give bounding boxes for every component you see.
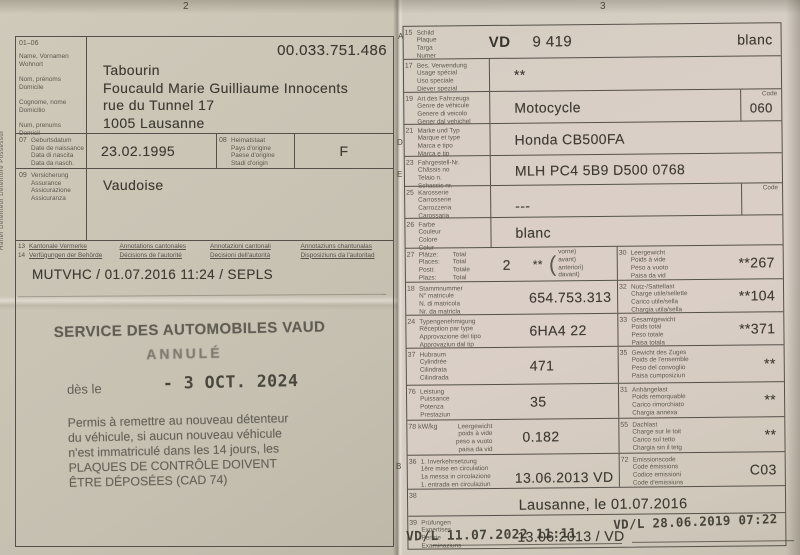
insurance-row: 09 Versicherung Assurance Assicurazione … xyxy=(16,168,393,240)
body-type-value: --- xyxy=(515,198,530,214)
circulation-emission-row: 36 1. Inverkehrsetzung 1ère mise en circ… xyxy=(408,451,785,489)
power-value: 35 xyxy=(530,393,547,409)
body-type-code-label: Code xyxy=(763,184,778,191)
issue-value-cell: Lausanne, le 01.07.2016 xyxy=(421,486,785,515)
issue-row: 38 Lausanne, le 01.07.2016 xyxy=(408,485,785,516)
plate-number: 9 419 xyxy=(532,33,572,50)
stammnummer-field-number: 18 xyxy=(406,283,419,315)
approval-totalweight-row: 24 Typengenehmigung Réception par type A… xyxy=(406,311,783,348)
holder-vertical-label: Halter Détenteur Detentore Possessur xyxy=(0,60,12,250)
insurance-label-cell: 09 Versicherung Assurance Assicurazione … xyxy=(16,169,87,240)
origin-label: Heimatstaat Pays d'origine Paese d'origi… xyxy=(231,137,275,168)
color-field-number: 26 xyxy=(405,219,418,248)
issue-value: Lausanne, le 01.07.2016 xyxy=(519,496,688,514)
left-table: 01–06 Name, Vornamen Wohnort Nom, prénom… xyxy=(15,36,394,547)
train-weight-label: Gewicht des Zuges Poids de l'ensemble Pe… xyxy=(632,346,718,383)
seats-front-paren: ( xyxy=(549,253,557,275)
special-use-value: ** xyxy=(514,67,526,83)
document-number: 00.033.751.486 xyxy=(277,42,387,59)
special-use-label: Bes. Verwendung Usage spécial Uso specia… xyxy=(417,59,489,92)
vehicle-type-row: 19 Art des Fahrzeugs Genre de véhicule G… xyxy=(404,88,781,124)
plate-row: 15 Schild Plaque Targa Numer VD 9 419 bl… xyxy=(404,23,781,59)
seats-weight-row: 27 Plätze: Places: Posti: Plazs: Total T… xyxy=(406,244,783,282)
trailer-load-value: ** xyxy=(764,391,776,407)
cancellation-stamp: SERVICE DES AUTOMOBILES VAUD ANNULÉ dès … xyxy=(54,318,355,364)
margin-letter-d: D xyxy=(397,138,403,147)
body-type-label: Karosserie Carrosserie Carrozzeria Caros… xyxy=(418,186,490,218)
displacement-train-row: 37 Hubraum Cylindrée Cilindrata Cilindra… xyxy=(407,344,784,385)
chassis-field-number: 23 xyxy=(405,157,418,186)
type-approval-value: 6HA4 22 xyxy=(529,322,586,339)
weight-empty-label: Leergewicht Poids à vide Peso a vuoto Pa… xyxy=(631,246,717,280)
first-circulation-field-number: 36 xyxy=(408,456,421,489)
annotations-col-rm: Annotaziuns chantunalas Disposiziuns da … xyxy=(301,243,392,260)
trailer-load-label: Anhängelast Poids remorquable Carico rim… xyxy=(632,383,718,418)
seats-label: Plätze: Places: Posti: Plazs: xyxy=(419,248,453,281)
make-row: 21 Marke und Typ Marque et type Marca e … xyxy=(404,120,781,156)
kw-per-kg-unit: kW/kg xyxy=(418,424,438,431)
trailer-load-field-number: 31 xyxy=(619,384,632,418)
right-table: 15 Schild Plaque Targa Numer VD 9 419 bl… xyxy=(402,22,786,550)
weight-empty-field-number: 30 xyxy=(618,247,631,280)
issue-field-number: 38 xyxy=(408,490,421,516)
plate-label: Schild Plaque Targa Numer xyxy=(417,26,489,59)
body-type-field-number: 25 xyxy=(405,187,418,218)
chassis-row: 23 Fahrgestell-Nr. Châssis no Telaio n. … xyxy=(405,152,782,186)
vehicle-type-code-value: 060 xyxy=(741,100,781,115)
seats-label-total: Total Total Totale Total xyxy=(453,248,481,281)
first-circulation-label: 1. Inverkehrsetzung 1ère mise en circula… xyxy=(421,455,493,489)
special-use-row: 17 Bes. Verwendung Usage spécial Uso spe… xyxy=(404,55,781,92)
seats-front-label: vorne) avant) anteriori) davant) xyxy=(558,248,584,279)
power-field-number: 76 xyxy=(407,386,420,420)
photo-shadow-top xyxy=(0,0,800,14)
holder-field-range: 01–06 xyxy=(19,40,69,47)
total-weight-label: Gesamtgewicht Poids total Peso totale Pa… xyxy=(631,313,717,346)
payload-value: **104 xyxy=(739,287,775,303)
annotations-area: MUTVHC / 01.07.2016 11:24 / SEPLS SERVIC… xyxy=(16,261,393,537)
emission-code-value: C03 xyxy=(750,461,777,477)
photo-shadow-right xyxy=(786,0,800,555)
pen-line xyxy=(18,294,386,298)
chassis-value: MLH PC4 5B9 D500 0768 xyxy=(515,161,685,179)
seats-front-cell: ** ( vorne) avant) anteriori) davant) xyxy=(533,247,584,280)
stamp-title: SERVICE DES AUTOMOBILES VAUD xyxy=(54,318,354,341)
seats-value-cell: 2 xyxy=(481,248,533,281)
body-type-code-cell: Code xyxy=(741,183,782,214)
margin-letter-b: B xyxy=(396,462,401,471)
color-label: Farbe Couleur Colore Colur xyxy=(418,218,490,248)
power-trailer-row: 76 Leistung Puissance Potenza Prestaziun… xyxy=(407,381,784,420)
make-value: Honda CB500FA xyxy=(515,130,625,147)
inspection-stamp-2022: VD/L 11.07.2022 11:11 xyxy=(406,527,577,545)
first-circulation-value: 13.06.2013 VD xyxy=(515,469,614,486)
origin-field-number: 08 xyxy=(219,137,231,168)
seats-front-marker: ** xyxy=(533,257,543,271)
kw-per-kg-label: Leergewicht poids à vide peso a vuoto pa… xyxy=(438,420,492,455)
annotations-field-numbers: 13 14 xyxy=(18,243,29,260)
color-row: 26 Farbe Couleur Colore Colur blanc xyxy=(405,214,782,248)
vehicle-registration-scan: 2 3 Halter Détenteur Detentore Possessur… xyxy=(0,0,800,555)
birthdate-label-cell: 07 Geburtsdatum Date de naissance Data d… xyxy=(16,134,87,168)
make-field-number: 21 xyxy=(404,125,417,156)
power-label: Leistung Puissance Potenza Prestaziun xyxy=(420,385,492,420)
plate-right-value: blanc xyxy=(737,31,781,47)
train-weight-field-number: 35 xyxy=(619,347,632,383)
displacement-field-number: 37 xyxy=(407,349,420,385)
stamp-date: - 3 OCT. 2024 xyxy=(163,371,299,393)
annotations-col-it: Annotazioni cantonali Decisioni dell'aut… xyxy=(210,243,301,260)
stamp-body-text: Permis à remettre au nouveau détenteur d… xyxy=(68,411,330,491)
plate-field-number: 15 xyxy=(404,27,417,59)
type-approval-label: Typengenehmigung Réception par type Appr… xyxy=(419,315,491,348)
vehicle-type-code-cell: Code 060 xyxy=(740,89,781,120)
roof-load-field-number: 55 xyxy=(619,419,632,453)
insurance-value: Vaudoise xyxy=(103,177,164,193)
margin-letter-e: E xyxy=(397,170,402,179)
origin-label-cell: 08 Heimatstaat Pays d'origine Paese d'or… xyxy=(216,134,294,168)
total-weight-value: **371 xyxy=(739,320,775,336)
make-label: Marke und Typ Marque et type Marca e tip… xyxy=(417,124,489,156)
total-weight-field-number: 33 xyxy=(618,314,631,346)
holder-row: 01–06 Name, Vornamen Wohnort Nom, prénom… xyxy=(16,37,393,133)
annotations-col-de: Kantonale Vermerke Verfügungen der Behör… xyxy=(29,243,120,260)
birthdate-value: 23.02.1995 xyxy=(101,143,175,159)
kw-per-kg-value: 0.182 xyxy=(522,428,559,444)
birthdate-origin-row: 07 Geburtsdatum Date de naissance Data d… xyxy=(16,133,393,168)
emission-code-label: Emissionscode Code émissions Codice emis… xyxy=(633,453,719,487)
special-use-field-number: 17 xyxy=(404,60,417,92)
kw-per-kg-field-number: 78 kW/kg xyxy=(407,421,438,455)
origin-value: F xyxy=(340,143,349,159)
birthdate-label: Geburtsdatum Date de naissance Data di n… xyxy=(31,137,84,168)
train-weight-value: ** xyxy=(764,355,776,371)
chassis-label: Fahrgestell-Nr. Châssis no Telaio n. Sch… xyxy=(418,156,490,186)
roof-load-value: ** xyxy=(765,426,777,442)
insurance-field-number: 09 xyxy=(19,172,31,240)
stamp-des-le: dès le xyxy=(67,381,102,397)
displacement-value: 471 xyxy=(530,357,555,373)
weight-empty-value: **267 xyxy=(738,254,774,270)
inspection-stamp-2019: VD/L 28.06.2019 07:22 xyxy=(613,511,778,532)
birthdate-field-number: 07 xyxy=(19,137,31,168)
annotations-header: 13 14 Kantonale Vermerke Verfügungen der… xyxy=(16,240,393,261)
vehicle-type-label: Art des Fahrzeugs Genre de véhicule Gene… xyxy=(417,92,489,124)
holder-name-address: Tabourin Foucauld Marie Guilliaume Innoc… xyxy=(103,62,348,132)
holder-value-cell: 00.033.751.486 Tabourin Foucauld Marie G… xyxy=(87,37,393,133)
emission-code-field-number: 72 xyxy=(620,454,633,487)
seats-value: 2 xyxy=(503,256,511,272)
kwkg-roof-row: 78 kW/kg Leergewicht poids à vide peso a… xyxy=(407,416,784,455)
stammnummer-payload-row: 18 Stammnummer N° matricule N. di matric… xyxy=(406,278,783,315)
stammnummer-label: Stammnummer N° matricule N. di matricola… xyxy=(419,282,491,315)
annotations-col-fr: Annotations cantonales Décisions de l'au… xyxy=(120,243,211,260)
payload-label: Nutz-/Sattellast Charge utile/sellette C… xyxy=(631,280,717,313)
body-type-row: 25 Karosserie Carrosserie Carrozzeria Ca… xyxy=(405,182,782,218)
holder-label-cell: 01–06 Name, Vornamen Wohnort Nom, prénom… xyxy=(16,37,87,133)
insurance-value-cell: Vaudoise xyxy=(87,169,393,240)
displacement-label: Hubraum Cylindrée Cilindrata Cilindrada xyxy=(420,348,492,385)
vehicle-type-code-label: Code xyxy=(762,90,777,97)
vehicle-type-value: Motocycle xyxy=(514,99,581,116)
page-fold xyxy=(393,0,403,555)
payload-field-number: 32 xyxy=(618,281,631,313)
stammnummer-value: 654.753.313 xyxy=(529,289,611,306)
insurance-label: Versicherung Assurance Assicurazione Ass… xyxy=(31,172,71,240)
annotation-typed-line: MUTVHC / 01.07.2016 11:24 / SEPLS xyxy=(32,267,273,282)
stamp-annule: ANNULÉ xyxy=(146,342,354,362)
birthdate-value-cell: 23.02.1995 xyxy=(87,134,216,168)
seats-field-number: 27 xyxy=(406,249,419,282)
origin-value-cell: F xyxy=(294,134,393,168)
type-approval-field-number: 24 xyxy=(406,316,419,348)
holder-label: Name, Vornamen Wohnort Nom, prénoms Domi… xyxy=(19,53,69,138)
plate-canton: VD xyxy=(489,33,511,50)
color-value: blanc xyxy=(515,224,551,240)
roof-load-label: Dachlast Charge sur le toit Carico sul t… xyxy=(632,418,718,453)
vehicle-type-field-number: 19 xyxy=(404,93,417,124)
